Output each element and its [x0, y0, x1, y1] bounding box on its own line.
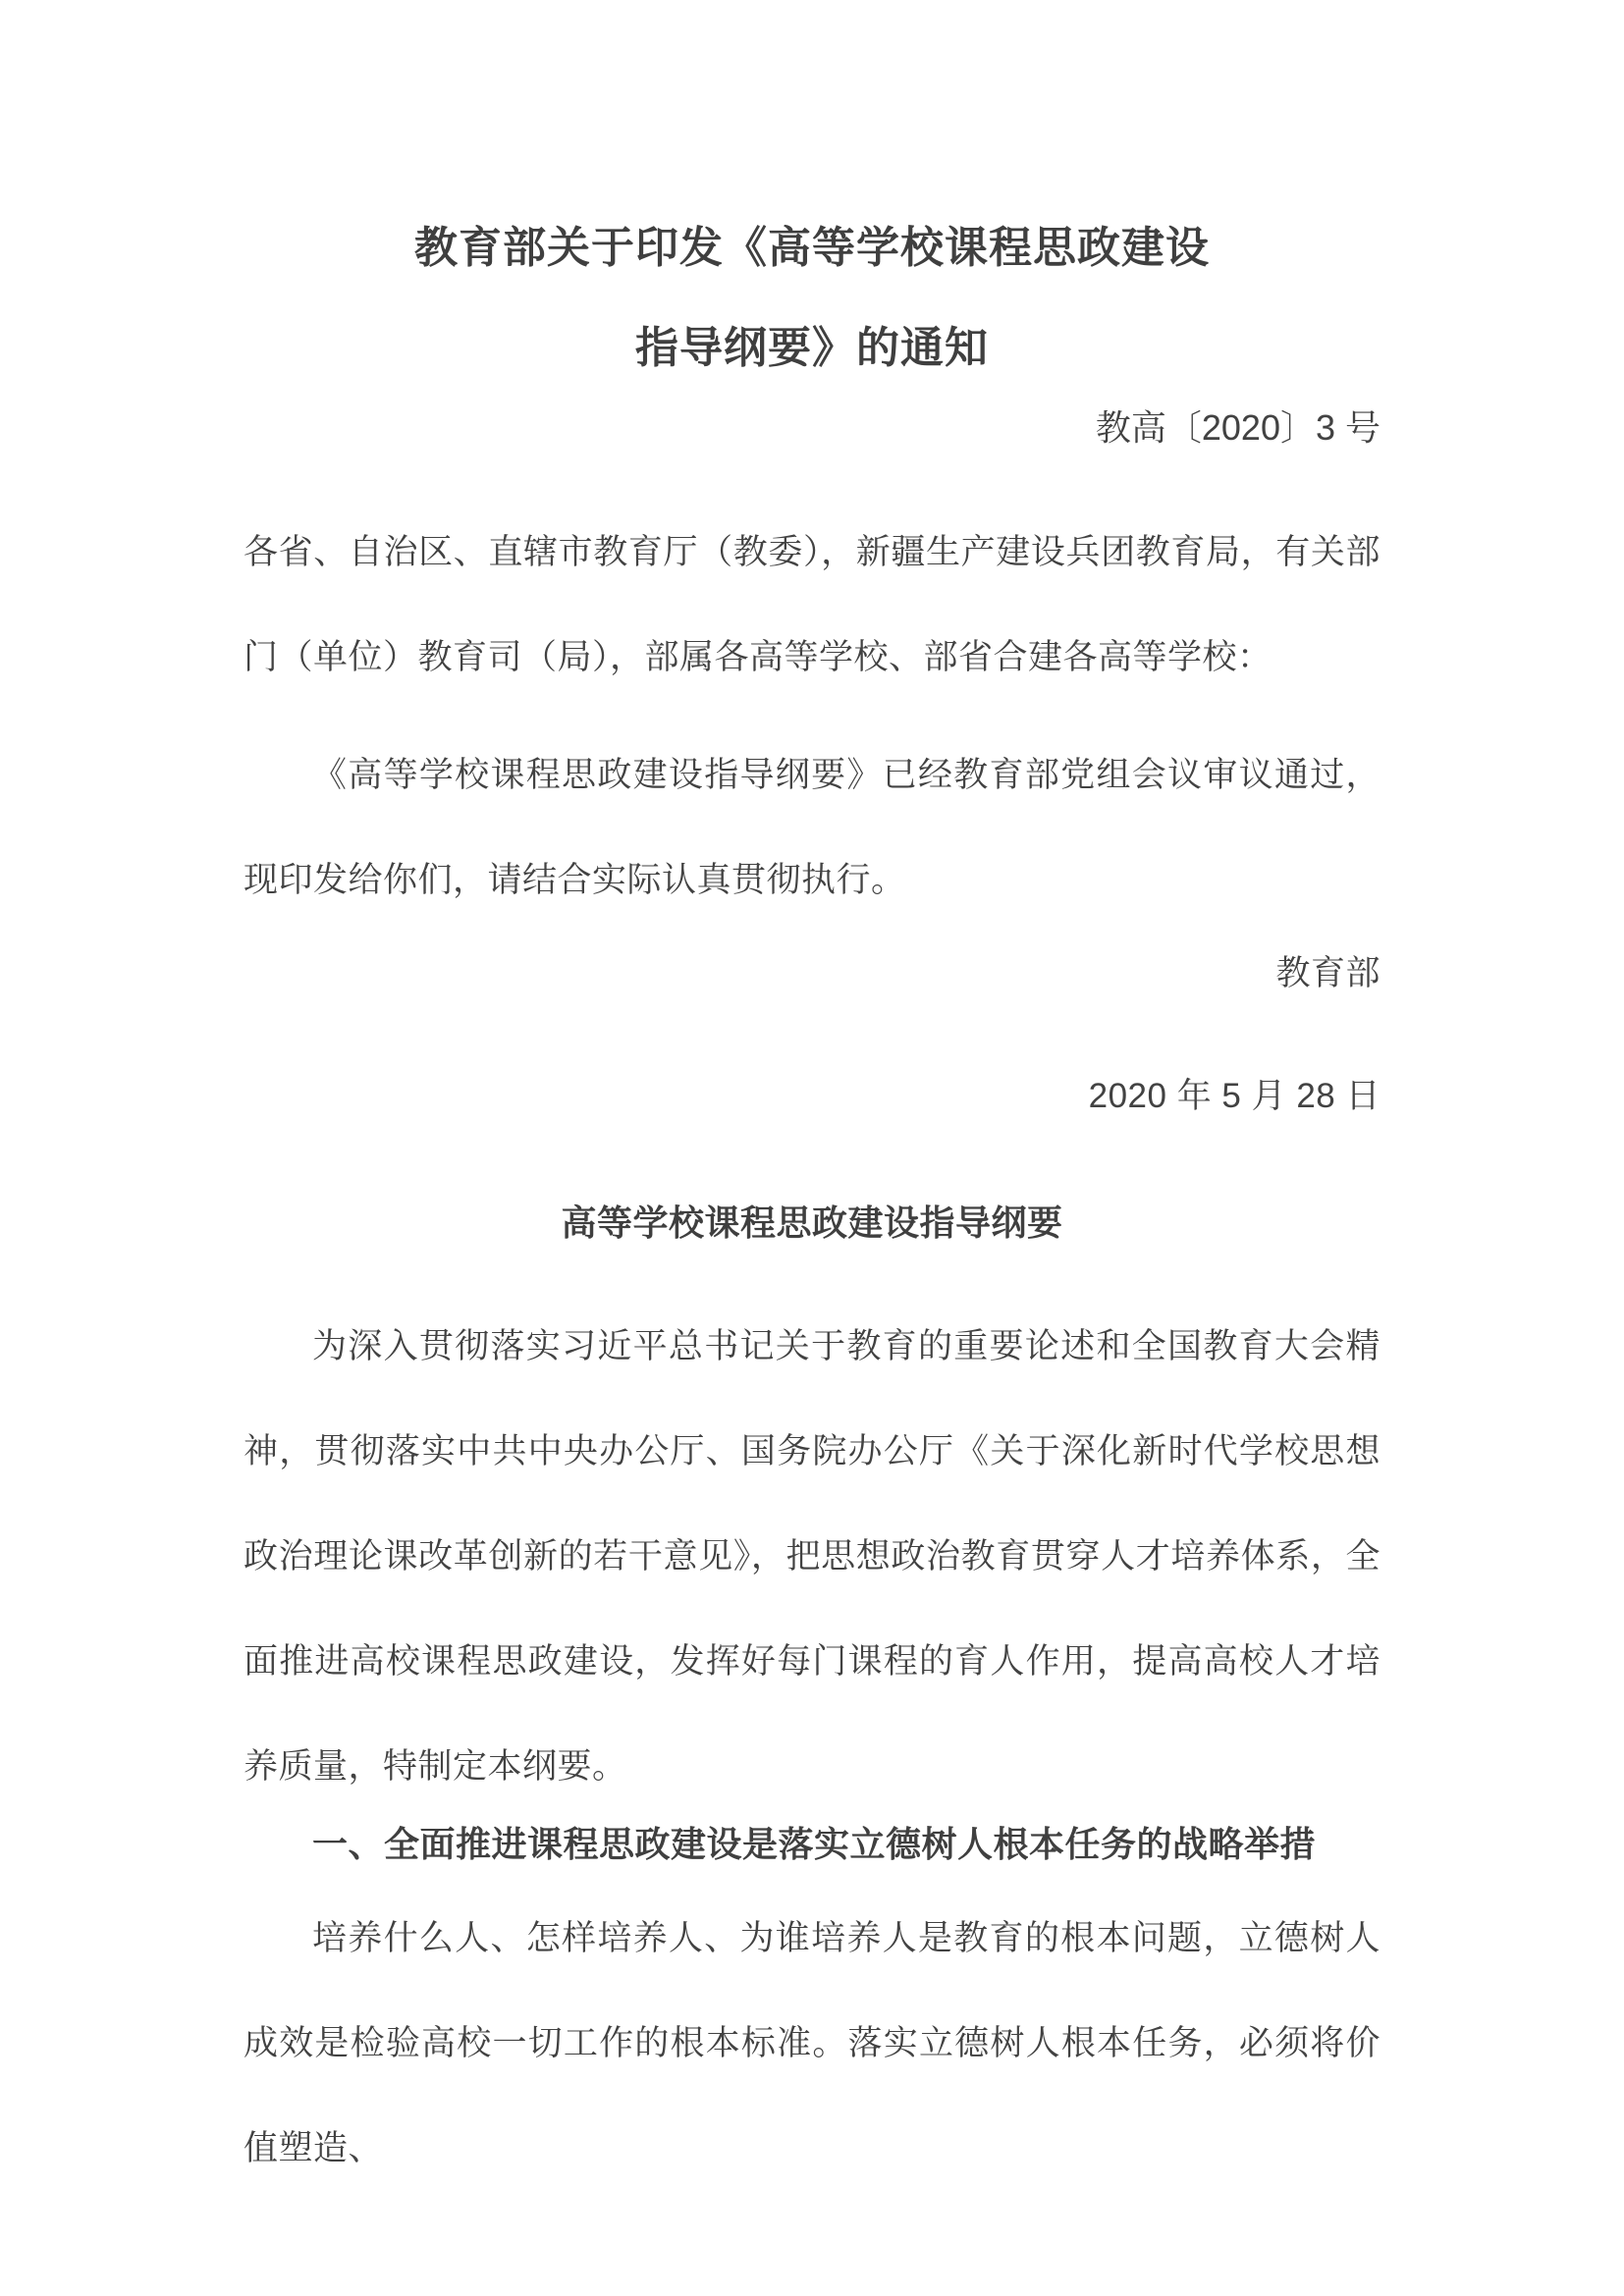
- section1-paragraph: 培养什么人、怎样培养人、为谁培养人是教育的根本问题，立德树人成效是检验高校一切工…: [244, 1886, 1380, 2201]
- section1-heading: 一、全面推进课程思政建设是落实立德树人根本任务的战略举措: [244, 1803, 1380, 1886]
- attachment-title: 高等学校课程思政建设指导纲要: [244, 1184, 1380, 1262]
- document-title-line1: 教育部关于印发《高等学校课程思政建设: [244, 198, 1380, 298]
- preamble-paragraph: 为深入贯彻落实习近平总书记关于教育的重要论述和全国教育大会精神，贯彻落实中共中央…: [244, 1294, 1380, 1819]
- document-page: 教育部关于印发《高等学校课程思政建设 指导纲要》的通知 教高〔2020〕3 号 …: [0, 0, 1624, 2296]
- document-title-line2: 指导纲要》的通知: [244, 298, 1380, 399]
- signature-date: 2020 年 5 月 28 日: [244, 1057, 1380, 1136]
- salutation: 各省、自治区、直辖市教育厅（教委），新疆生产建设兵团教育局，有关部门（单位）教育…: [244, 500, 1380, 710]
- intro-paragraph: 《高等学校课程思政建设指导纲要》已经教育部党组会议审议通过，现印发给你们，请结合…: [244, 722, 1380, 933]
- document-title: 教育部关于印发《高等学校课程思政建设 指导纲要》的通知: [244, 198, 1380, 399]
- signature: 教育部: [244, 934, 1380, 1013]
- document-number: 教高〔2020〕3 号: [244, 399, 1380, 457]
